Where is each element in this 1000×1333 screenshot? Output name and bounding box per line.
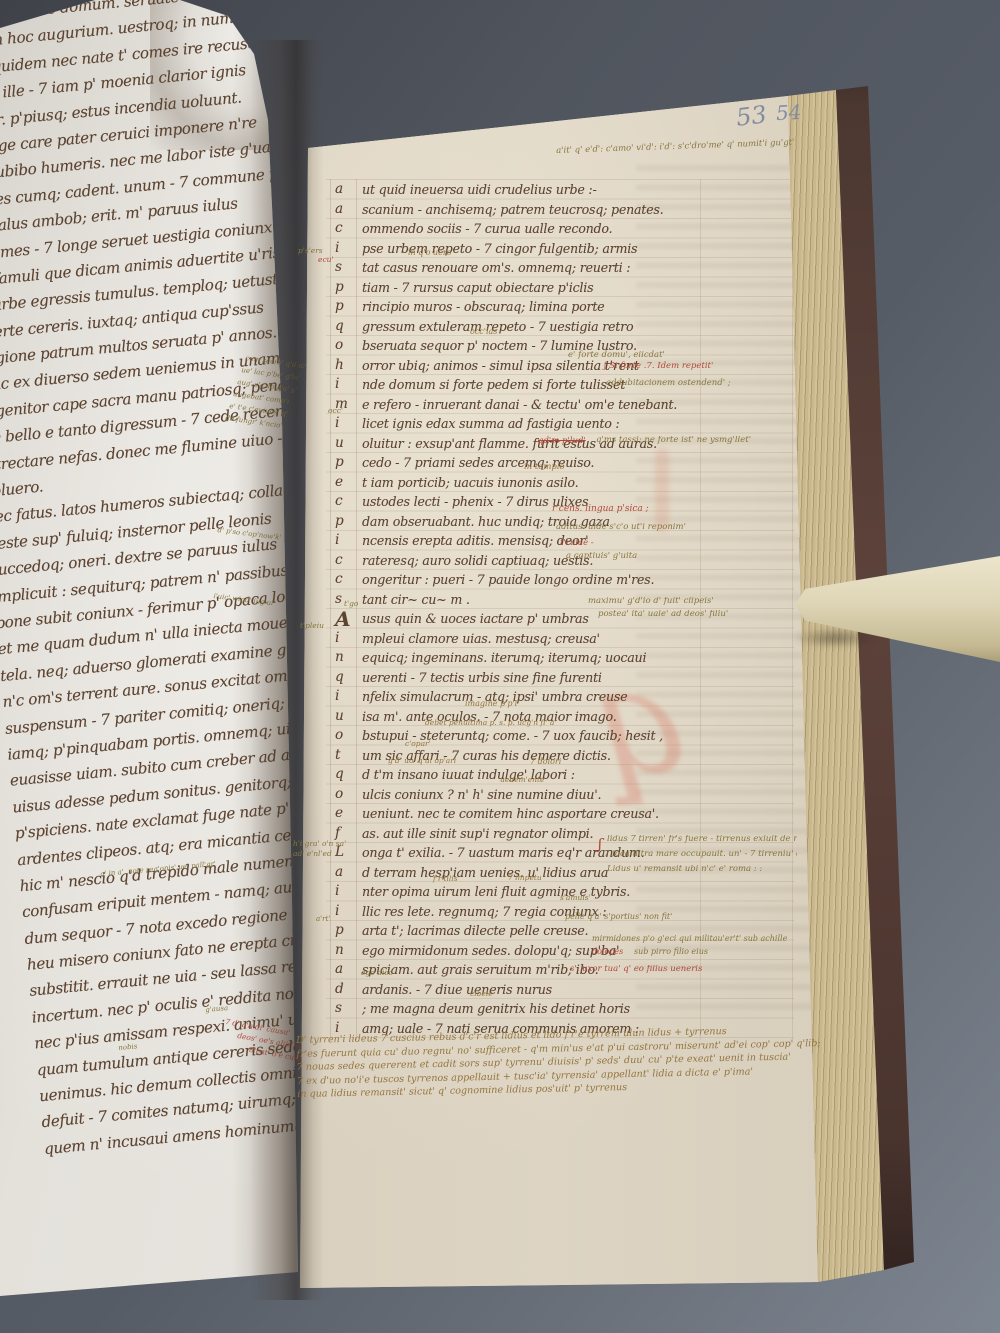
verse-line: m e refero - inruerant danai - & tectu' … xyxy=(332,395,677,415)
verse-line: d ardanis. - 7 diue ueneris nurus xyxy=(332,980,677,1000)
verse-line: p dam obseruabant. huc undiq; troia gaza xyxy=(332,512,677,532)
verse-initial: n xyxy=(332,941,362,961)
verse-text: d terram hesp'iam uenies. u' lidius arua xyxy=(362,863,608,883)
verse-text: tiam - 7 rursus caput obiectare p'iclis xyxy=(362,278,593,298)
verse-line: A usus quin & uoces iactare p' umbras xyxy=(332,609,677,629)
verse-line: q d t'm insano iuuat indulge' labori : xyxy=(332,765,677,785)
verse-text: licet ignis edax summa ad fastigia uento… xyxy=(362,414,619,434)
verse-initial: i xyxy=(332,531,362,551)
verse-text: ncensis erepta aditis. mensisq; deor' xyxy=(362,531,588,551)
verse-line: s tant cir~ cu~ m . xyxy=(332,590,677,610)
verse-text: uerenti - 7 tectis urbis sine fine furen… xyxy=(362,668,602,688)
verse-text: cedo - 7 priami sedes arcemq; reuiso. xyxy=(362,453,594,473)
verse-initial: c xyxy=(332,219,362,239)
verse-text: mpleui clamore uias. mestusq; creusa' xyxy=(362,629,600,649)
verse-text: usus quin & uoces iactare p' umbras xyxy=(362,609,589,629)
gutter-shadow xyxy=(250,40,324,1300)
verse-line: a scanium - anchisemq; patrem teucrosq; … xyxy=(332,200,677,220)
verse-text: orror ubiq; animos - simul ipsa silentia… xyxy=(362,356,639,376)
verse-text: ulcis coniunx ? n' h' sine numine diuu'. xyxy=(362,785,601,805)
verse-line: i pse urbem repeto - 7 cingor fulgentib;… xyxy=(332,239,677,259)
verse-line: f as. aut ille sinit sup'i regnator olim… xyxy=(332,824,677,844)
verse-initial: t xyxy=(332,746,362,766)
verse-initial: o xyxy=(332,785,362,805)
verse-text: oluitur : exsup'ant flamme. furit estus … xyxy=(362,434,657,454)
folio-number-54: 54 xyxy=(775,100,802,125)
verse-initial: u xyxy=(332,434,362,454)
verse-line: a ut quid ineuersa uidi crudelius urbe :… xyxy=(332,180,677,200)
verse-line: o ulcis coniunx ? n' h' sine numine diuu… xyxy=(332,785,677,805)
verse-text: ueniunt. nec te comitem hinc asportare c… xyxy=(362,804,659,824)
verse-initial: o xyxy=(332,336,362,356)
verse-line: o bseruata sequor p' noctem - 7 lumine l… xyxy=(332,336,677,356)
verse-line: c ongeritur : pueri - 7 pauide longo ord… xyxy=(332,570,677,590)
verse-text: arta t'; lacrimas dilecte pelle creuse. xyxy=(362,921,588,941)
verse-initial: a xyxy=(332,180,362,200)
verse-line: i licet ignis edax summa ad fastigia uen… xyxy=(332,414,677,434)
verse-initial: c xyxy=(332,492,362,512)
verse-initial: i xyxy=(332,414,362,434)
verse-text: ustodes lecti - phenix - 7 dirus ulixes xyxy=(362,492,588,512)
verse-text: onga t' exilia. - 7 uastum maris eq'r ar… xyxy=(362,843,644,863)
verse-line: e ueniunt. nec te comitem hinc asportare… xyxy=(332,804,677,824)
verse-initial: p xyxy=(332,453,362,473)
verse-initial: i xyxy=(332,239,362,259)
verse-line: q uerenti - 7 tectis urbis sine fine fur… xyxy=(332,668,677,688)
verse-line: L onga t' exilia. - 7 uastum maris eq'r … xyxy=(332,843,677,863)
verse-text: t iam porticib; uacuis iunonis asilo. xyxy=(362,473,578,493)
verse-text: ego mirmidonum sedes. dolopu'q; sup'ba' xyxy=(362,941,619,961)
verse-text: dam obseruabant. huc undiq; troia gaza xyxy=(362,512,610,532)
verse-text: scanium - anchisemq; patrem teucrosq; pe… xyxy=(362,200,663,220)
verse-text: pse urbem repeto - 7 cingor fulgentib; a… xyxy=(362,239,637,259)
verse-initial: m xyxy=(332,395,362,415)
verse-text: e refero - inruerant danai - & tectu' om… xyxy=(362,395,677,415)
verse-line: p arta t'; lacrimas dilecte pelle creuse… xyxy=(332,921,677,941)
verse-line: s tat casus renouare om's. omnemq; reuer… xyxy=(332,258,677,278)
verse-text: ; me magna deum genitrix his detinet hor… xyxy=(362,999,630,1019)
verse-initial: q xyxy=(332,668,362,688)
verse-initial: c xyxy=(332,570,362,590)
verse-text: as. aut ille sinit sup'i regnator olimpi… xyxy=(362,824,593,844)
verse-initial: a xyxy=(332,863,362,883)
verse-line: e t iam porticib; uacuis iunonis asilo. xyxy=(332,473,677,493)
verse-text: isa m'. ante oculos. - 7 nota maior imag… xyxy=(362,707,617,727)
verse-initial: p xyxy=(332,278,362,298)
verse-line: i mpleui clamore uias. mestusq; creusa' xyxy=(332,629,677,649)
verse-line: i nfelix simulacrum - atq; ipsi' umbra c… xyxy=(332,687,677,707)
verse-line: p cedo - 7 priami sedes arcemq; reuiso. xyxy=(332,453,677,473)
verse-line: i nde domum si forte pedem si forte tuli… xyxy=(332,375,677,395)
verse-text: gressum extuleram repeto - 7 uestigia re… xyxy=(362,317,633,337)
verse-line: p tiam - 7 rursus caput obiectare p'icli… xyxy=(332,278,677,298)
verse-initial: i xyxy=(332,902,362,922)
verse-text: d t'm insano iuuat indulge' labori : xyxy=(362,765,575,785)
verse-initial: e xyxy=(332,473,362,493)
verse-line: c ommendo sociis - 7 curua ualle recondo… xyxy=(332,219,677,239)
verse-initial: L xyxy=(332,843,362,863)
verse-line: n ego mirmidonum sedes. dolopu'q; sup'ba… xyxy=(332,941,677,961)
verse-line-left: o patrii. seruate domum. seruate nepotem… xyxy=(0,0,319,32)
verse-initial: i xyxy=(332,375,362,395)
verse-initial: q xyxy=(332,765,362,785)
verse-initial: s xyxy=(332,258,362,278)
verse-initial: A xyxy=(332,609,362,629)
verse-line: c ustodes lecti - phenix - 7 dirus ulixe… xyxy=(332,492,677,512)
verse-line: i ncensis erepta aditis. mensisq; deor' xyxy=(332,531,677,551)
verse-text: nfelix simulacrum - atq; ipsi' umbra cre… xyxy=(362,687,627,707)
verse-line: a spiciam. aut grais seruitum m'rib; ibo… xyxy=(332,960,677,980)
photograph: o patrii. seruate domum. seruate nepotem… xyxy=(0,0,1000,1333)
verse-initial: o xyxy=(332,726,362,746)
verse-initial: c xyxy=(332,551,362,571)
verse-text: rincipio muros - obscuraq; limina porte xyxy=(362,297,604,317)
verse-text: ongeritur : pueri - 7 pauide longo ordin… xyxy=(362,570,654,590)
verse-text: nter opima uirum leni fluit agmine e tyb… xyxy=(362,882,630,902)
verse-text: um sic affari - 7 curas his demere dicti… xyxy=(362,746,611,766)
verse-text: spiciam. aut grais seruitum m'rib; ibo. xyxy=(362,960,598,980)
verse-initial: f xyxy=(332,824,362,844)
verse-initial: i xyxy=(332,687,362,707)
verse-initial: a xyxy=(332,200,362,220)
verse-text: llic res lete. regnumq; 7 regia coniunx … xyxy=(362,902,606,922)
verse-initial: p xyxy=(332,297,362,317)
verse-line: a d terram hesp'iam uenies. u' lidius ar… xyxy=(332,863,677,883)
verse-line: h orror ubiq; animos - simul ipsa silent… xyxy=(332,356,677,376)
verse-initial: e xyxy=(332,804,362,824)
verse-initial: s xyxy=(332,999,362,1019)
verse-line: o bstupui - steteruntq; come. - 7 uox fa… xyxy=(332,726,677,746)
verse-initial: i xyxy=(332,629,362,649)
verse-text: ut quid ineuersa uidi crudelius urbe :- xyxy=(362,180,597,200)
right-page-text-block: a ut quid ineuersa uidi crudelius urbe :… xyxy=(332,180,677,1038)
verse-text: bseruata sequor p' noctem - 7 lumine lus… xyxy=(362,336,637,356)
verse-line: n equicq; ingeminans. iterumq; iterumq; … xyxy=(332,648,677,668)
verse-text: tat casus renouare om's. omnemq; reuerti… xyxy=(362,258,630,278)
verse-text: ardanis. - 7 diue ueneris nurus xyxy=(362,980,552,1000)
verse-initial: u xyxy=(332,707,362,727)
verse-text: bstupui - steteruntq; come. - 7 uox fauc… xyxy=(362,726,663,746)
verse-text: nde domum si forte pedem si forte tuliss… xyxy=(362,375,625,395)
verse-line: u isa m'. ante oculos. - 7 nota maior im… xyxy=(332,707,677,727)
verse-line: p rincipio muros - obscuraq; limina port… xyxy=(332,297,677,317)
verse-line: i nter opima uirum leni fluit agmine e t… xyxy=(332,882,677,902)
verse-initial: h xyxy=(332,356,362,376)
folio-number-53: 53 xyxy=(735,100,769,132)
verse-initial: n xyxy=(332,648,362,668)
verse-line: t um sic affari - 7 curas his demere dic… xyxy=(332,746,677,766)
verse-initial: a xyxy=(332,960,362,980)
verse-text: equicq; ingeminans. iterumq; iterumq; uo… xyxy=(362,648,646,668)
verse-text: rateresq; auro solidi captiuaq; uestis. xyxy=(362,551,593,571)
verse-initial: p xyxy=(332,512,362,532)
verse-initial: p xyxy=(332,921,362,941)
verse-initial: d xyxy=(332,980,362,1000)
verse-initial: i xyxy=(332,882,362,902)
verse-line: q gressum extuleram repeto - 7 uestigia … xyxy=(332,317,677,337)
verse-initial: q xyxy=(332,317,362,337)
verse-text: ommendo sociis - 7 curua ualle recondo. xyxy=(362,219,612,239)
verse-text: tant cir~ cu~ m . xyxy=(362,590,470,610)
verse-line: s ; me magna deum genitrix his detinet h… xyxy=(332,999,677,1019)
verse-line: c rateresq; auro solidi captiuaq; uestis… xyxy=(332,551,677,571)
verse-line: u oluitur : exsup'ant flamme. furit estu… xyxy=(332,434,677,454)
bottom-annotation: D' tyrren'i lideus 7 cuscius rebus d'c'r… xyxy=(296,1022,857,1102)
verse-line: i llic res lete. regnumq; 7 regia coniun… xyxy=(332,902,677,922)
